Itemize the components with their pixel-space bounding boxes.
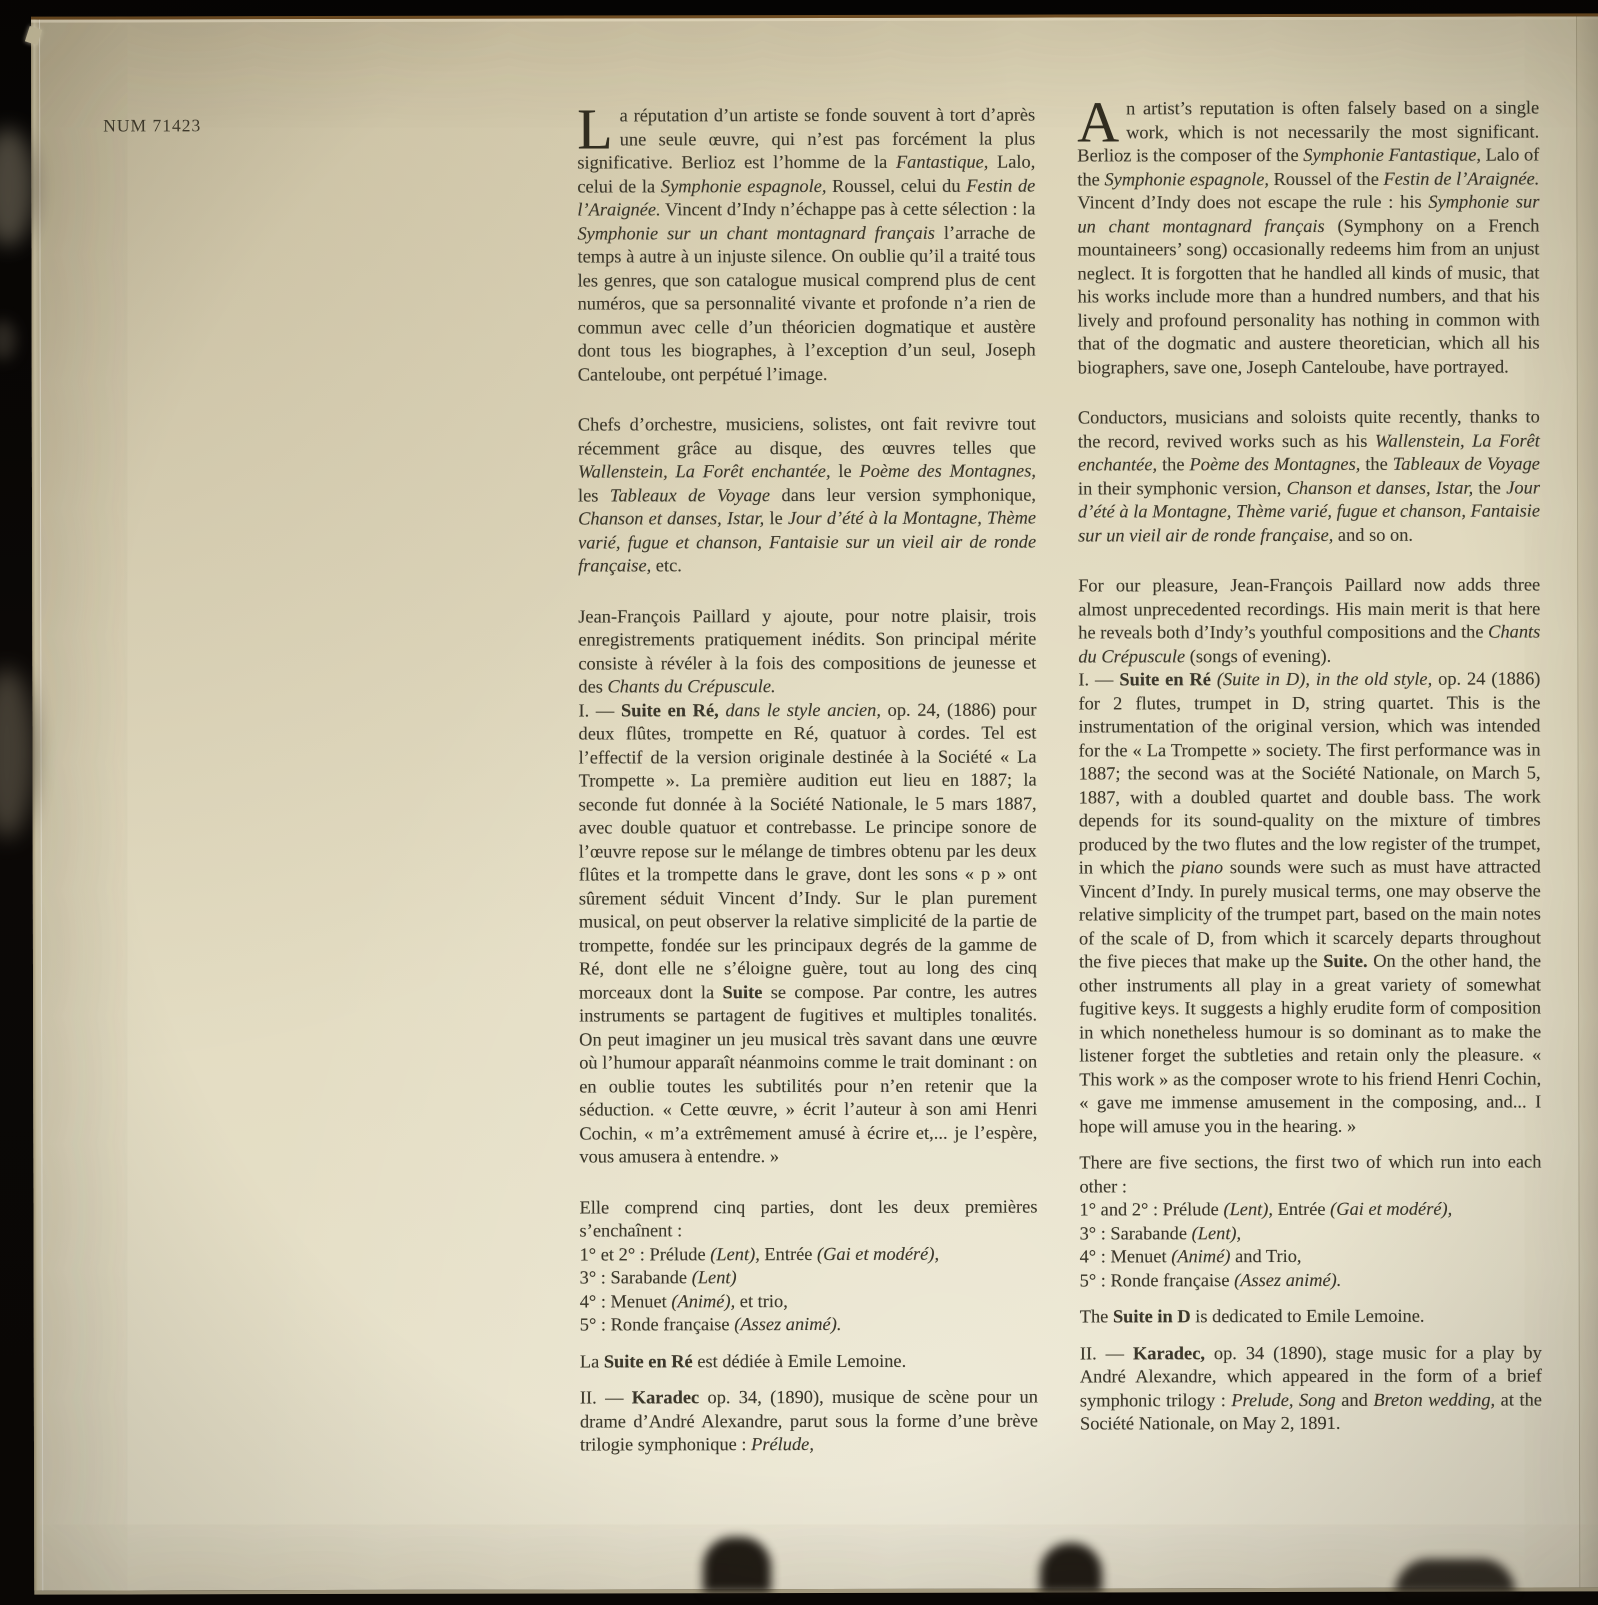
paragraph: II. — Karadec, op. 34 (1890), stage musi… [1080, 1341, 1542, 1436]
paragraph: I. — Suite en Ré, dans le style ancien, … [578, 698, 1037, 1169]
text-run: Symphonie sur un chant montagnard frança… [577, 222, 935, 243]
text-run: Entrée [760, 1243, 817, 1263]
text-run: Poème des Montagnes, [859, 461, 1036, 481]
movement-list-line: 4° : Menuet (Animé), et trio, [580, 1289, 1038, 1313]
cover-right-shadow [1577, 16, 1598, 1587]
paragraph: Conductors, musicians and soloists quite… [1078, 405, 1540, 547]
text-run: Symphonie espagnole, [1104, 169, 1269, 189]
left-edge-shadow-blob [0, 668, 34, 838]
text-run: l’arrache de temps à autre à un injuste … [577, 222, 1035, 384]
text-run: (Gai et modéré), [1330, 1199, 1452, 1219]
text-run: Roussel, celui du [826, 175, 966, 195]
text-run: 1° et 2° : Prélude [580, 1244, 711, 1264]
paragraph: An artist’s reputation is often falsely … [1077, 96, 1540, 379]
cover-top-edge-highlight [31, 16, 1598, 22]
text-run: Breton wedding, [1373, 1389, 1495, 1409]
text-run: le [831, 461, 860, 481]
text-run: (Lent), [1192, 1223, 1242, 1243]
text-run: (Lent), [710, 1244, 760, 1264]
left-edge-shadow-blob [0, 128, 34, 246]
photo-background: NUM 71423 La réputation d’un artiste se … [0, 0, 1598, 1605]
text-run: Karadec [632, 1387, 699, 1407]
text-run: (songs of evening). [1185, 645, 1331, 665]
text-run: the [1473, 477, 1506, 497]
text-run: the [1157, 454, 1189, 474]
movement-list-line: 3° : Sarabande (Lent), [1080, 1221, 1542, 1245]
text-run: les [578, 485, 610, 505]
paragraph: I. — Suite en Ré (Suite in D), in the ol… [1078, 667, 1541, 1138]
text-run: Prélude, [751, 1434, 814, 1454]
text-run: Tableaux de Voyage [1393, 453, 1540, 473]
movement-list-line: 1° and 2° : Prélude (Lent), Entrée (Gai … [1079, 1197, 1541, 1221]
paragraph: La réputation d’un artiste se fonde souv… [577, 104, 1036, 387]
finger-silhouette [1395, 1559, 1515, 1593]
text-run: I. — [1078, 669, 1119, 689]
text-run: (Assez animé). [1234, 1269, 1341, 1289]
text-run: is dedicated to Emile Lemoine. [1191, 1306, 1425, 1326]
paragraph: Jean-François Paillard y ajoute, pour no… [578, 604, 1036, 699]
text-run: et trio, [735, 1291, 788, 1311]
text-run: dans le style ancien, [725, 699, 881, 719]
text-run: The [1080, 1306, 1113, 1326]
text-run: se compose. Par contre, les autres instr… [579, 981, 1037, 1166]
text-run: Chants du Crépuscule. [608, 676, 776, 696]
text-run: piano [1181, 857, 1223, 877]
text-run: 3° : Sarabande [580, 1267, 692, 1287]
text-run: the [1360, 454, 1392, 474]
text-run: 1° and 2° : Prélude [1079, 1199, 1223, 1219]
text-run: (Lent), [1223, 1199, 1273, 1219]
text-run: Chanson et danses, Istar, [578, 508, 764, 528]
text-run: Karadec, [1133, 1343, 1205, 1363]
movement-list-line: 5° : Ronde française (Assez animé). [580, 1313, 1038, 1337]
text-run: Entrée [1273, 1199, 1330, 1219]
paragraph: Chefs d’orchestre, musiciens, solistes, … [578, 413, 1036, 578]
paragraph: II. — Karadec op. 34, (1890), musique de… [580, 1386, 1038, 1457]
text-run: Symphonie Fantastique, [1303, 145, 1481, 165]
text-run: For our pleasure, Jean-François Paillard… [1078, 574, 1540, 642]
text-run: Chefs d’orchestre, musiciens, solistes, … [578, 414, 1036, 458]
french-text-column: La réputation d’un artiste se fonde souv… [577, 104, 1038, 1457]
text-run: Vincent d’Indy does not escape the rule … [1077, 192, 1428, 213]
drop-cap-letter: L [577, 104, 620, 151]
finger-silhouette [703, 1537, 771, 1593]
text-run: Wallenstein, La Forêt enchantée, [578, 461, 831, 482]
text-run: and Trio, [1230, 1246, 1301, 1266]
drop-cap-letter: A [1077, 97, 1126, 144]
movement-list-line: 1° et 2° : Prélude (Lent), Entrée (Gai e… [580, 1242, 1038, 1266]
text-run: Elle comprend cinq parties, dont les deu… [579, 1196, 1037, 1240]
paragraph: For our pleasure, Jean-François Paillard… [1078, 573, 1540, 668]
text-run: Roussel of the [1269, 168, 1384, 188]
movement-list-line: 3° : Sarabande (Lent) [580, 1266, 1038, 1290]
text-run: 4° : Menuet [1080, 1246, 1172, 1266]
text-run: Suite. [1323, 951, 1367, 971]
text-run: Prelude, Song [1231, 1389, 1335, 1409]
text-run: Symphonie espagnole, [661, 175, 827, 195]
text-run: in their symphonic version, [1078, 478, 1287, 498]
text-run: 3° : Sarabande [1080, 1223, 1192, 1243]
text-run: II. — [580, 1387, 632, 1407]
text-run: 4° : Menuet [580, 1291, 672, 1311]
movement-list-line: 5° : Ronde française (Assez animé). [1080, 1268, 1542, 1292]
text-run: Suite en Ré [604, 1351, 693, 1371]
text-run: (Lent) [692, 1267, 737, 1287]
text-run: etc. [651, 555, 682, 575]
text-run: (Animé) [1171, 1246, 1230, 1266]
text-run: 5° : Ronde française [580, 1314, 734, 1334]
text-run: (Assez animé). [734, 1314, 841, 1334]
text-run: (Suite in D), in the old style, [1217, 669, 1432, 689]
paragraph: La Suite en Ré est dédiée à Emile Lemoin… [580, 1349, 1038, 1373]
left-edge-shadow-blob [0, 320, 16, 360]
text-run: Vincent d’Indy n’échappe pas à cette sél… [661, 199, 1036, 220]
text-run: (Gai et modéré), [817, 1243, 939, 1263]
text-run: and [1336, 1389, 1374, 1409]
text-run: le [764, 508, 788, 528]
paragraph: There are five sections, the first two o… [1079, 1150, 1541, 1198]
text-run: Fantastique, [896, 152, 989, 172]
paragraph: The Suite in D is dedicated to Emile Lem… [1080, 1304, 1542, 1328]
text-run: La [580, 1351, 604, 1371]
text-run: and so on. [1333, 524, 1413, 544]
text-run: Poème des Montagnes, [1189, 454, 1360, 474]
english-text-column: An artist’s reputation is often falsely … [1077, 96, 1542, 1435]
text-run: (Animé), [671, 1291, 735, 1311]
paragraph: Elle comprend cinq parties, dont les deu… [579, 1195, 1037, 1243]
text-run: Suite en Ré, [621, 700, 719, 720]
text-run: op. 24 (1886) for 2 flutes, trumpet in D… [1078, 668, 1540, 877]
movement-list-line: 4° : Menuet (Animé) and Trio, [1080, 1244, 1542, 1268]
text-run: I. — [578, 700, 621, 720]
text-run: op. 24, (1886) pour deux flûtes, trompet… [578, 699, 1037, 1002]
text-run: Suite [722, 982, 762, 1002]
text-run: On the other hand, the other instruments… [1079, 950, 1541, 1135]
text-run: Tableaux de Voyage [610, 485, 770, 505]
text-run: Chanson et danses, Istar, [1287, 477, 1474, 497]
text-run: Suite en Ré [1119, 669, 1211, 689]
text-run: There are five sections, the first two o… [1079, 1151, 1541, 1195]
text-run: (Symphony on a French mountaineers’ song… [1077, 215, 1539, 377]
text-run: dans leur version symphonique, [770, 484, 1036, 505]
text-run: 5° : Ronde française [1080, 1270, 1234, 1290]
text-run: Festin de l’Araignée. [1383, 168, 1539, 188]
finger-silhouette [1040, 1543, 1102, 1593]
text-run: est dédiée à Emile Lemoine. [693, 1350, 906, 1370]
text-run: Suite in D [1113, 1306, 1191, 1326]
catalog-number: NUM 71423 [103, 115, 201, 136]
album-back-cover: NUM 71423 La réputation d’un artiste se … [31, 13, 1598, 1594]
text-run: II. — [1080, 1343, 1133, 1363]
